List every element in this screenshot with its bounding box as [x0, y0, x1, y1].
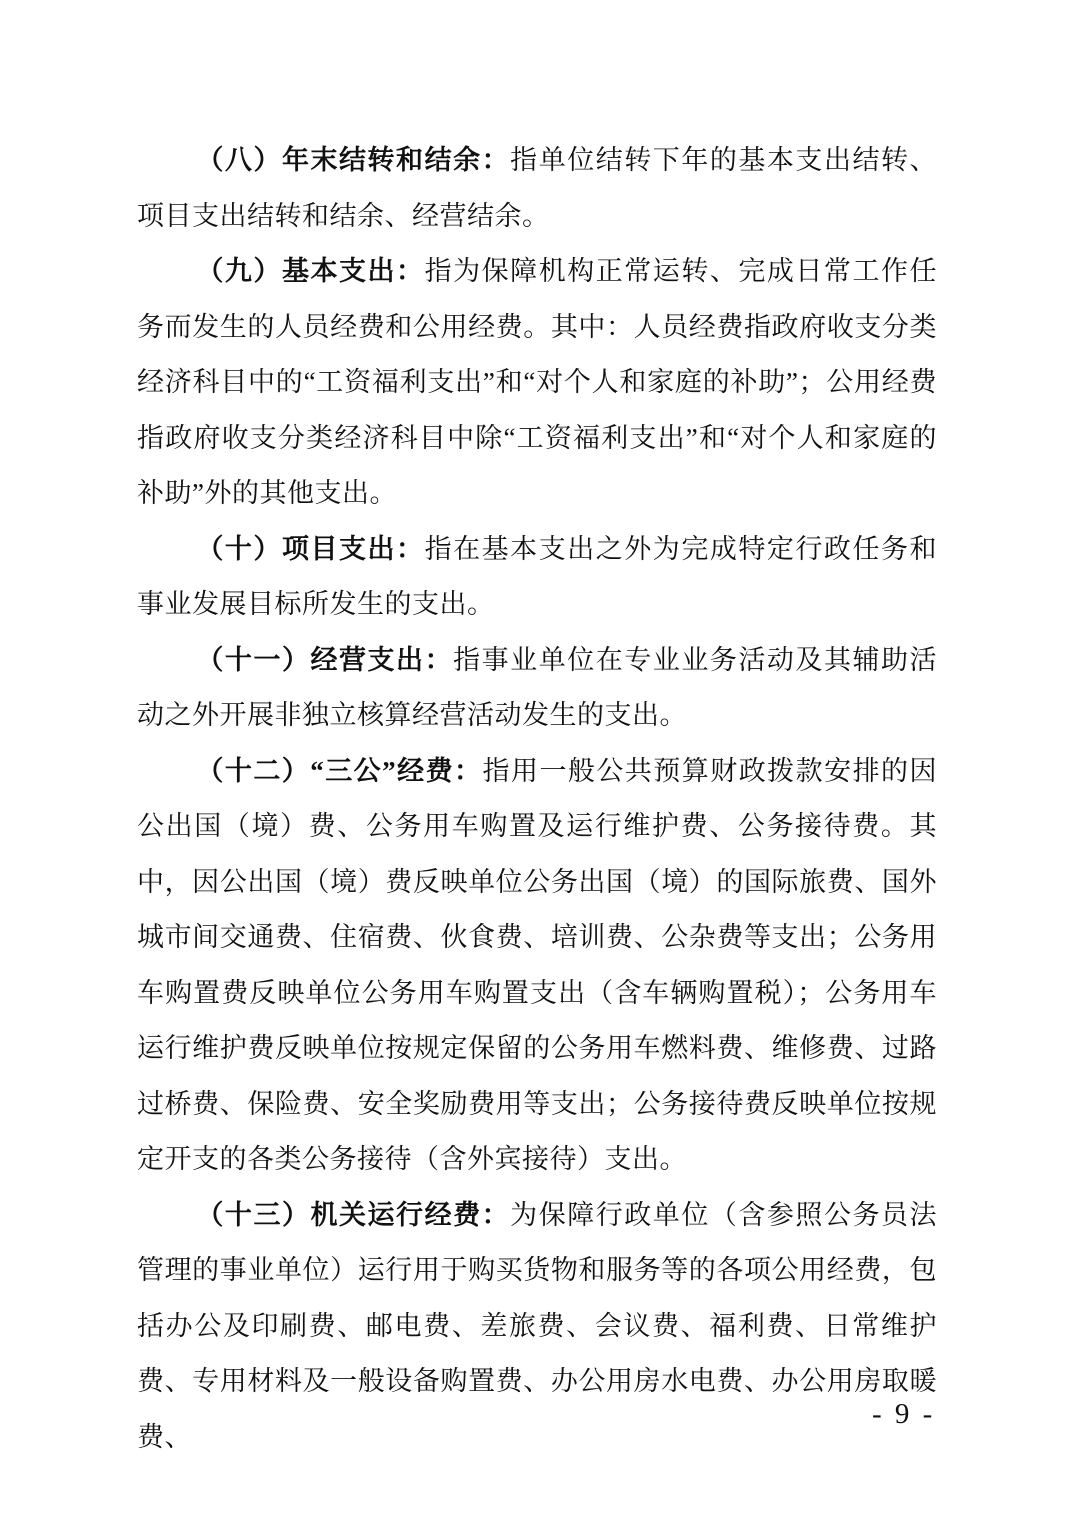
paragraph-13: （十三）机关运行经费：为保障行政单位（含参照公务员法管理的事业单位）运行用于购买… — [137, 1188, 937, 1466]
paragraph-9-body: 指为保障机构正常运转、完成日常工作任务而发生的人员经费和公用经费。其中：人员经费… — [137, 256, 937, 508]
page-number: - 9 - — [872, 1398, 935, 1431]
paragraph-10-heading: （十）项目支出： — [196, 534, 424, 564]
paragraph-12-body: 指用一般公共预算财政拨款安排的因公出国（境）费、公务用车购置及运行维护费、公务接… — [137, 756, 937, 1175]
paragraph-13-body: 为保障行政单位（含参照公务员法管理的事业单位）运行用于购买货物和服务等的各项公用… — [137, 1200, 937, 1452]
paragraph-8: （八）年末结转和结余：指单位结转下年的基本支出结转、项目支出结转和结余、经营结余… — [137, 133, 937, 244]
paragraph-11-heading: （十一）经营支出： — [196, 645, 453, 675]
document-page: （八）年末结转和结余：指单位结转下年的基本支出结转、项目支出结转和结余、经营结余… — [0, 0, 1069, 1515]
paragraph-12-heading: （十二）“三公”经费： — [196, 756, 482, 786]
paragraph-10: （十）项目支出：指在基本支出之外为完成特定行政任务和事业发展目标所发生的支出。 — [137, 522, 937, 633]
document-body: （八）年末结转和结余：指单位结转下年的基本支出结转、项目支出结转和结余、经营结余… — [137, 133, 937, 1465]
paragraph-11: （十一）经营支出：指事业单位在专业业务活动及其辅助活动之外开展非独立核算经营活动… — [137, 633, 937, 744]
paragraph-9-heading: （九）基本支出： — [196, 256, 424, 286]
paragraph-9: （九）基本支出：指为保障机构正常运转、完成日常工作任务而发生的人员经费和公用经费… — [137, 244, 937, 522]
paragraph-8-heading: （八）年末结转和结余： — [196, 145, 510, 175]
paragraph-12: （十二）“三公”经费：指用一般公共预算财政拨款安排的因公出国（境）费、公务用车购… — [137, 744, 937, 1188]
paragraph-13-heading: （十三）机关运行经费： — [196, 1200, 510, 1230]
